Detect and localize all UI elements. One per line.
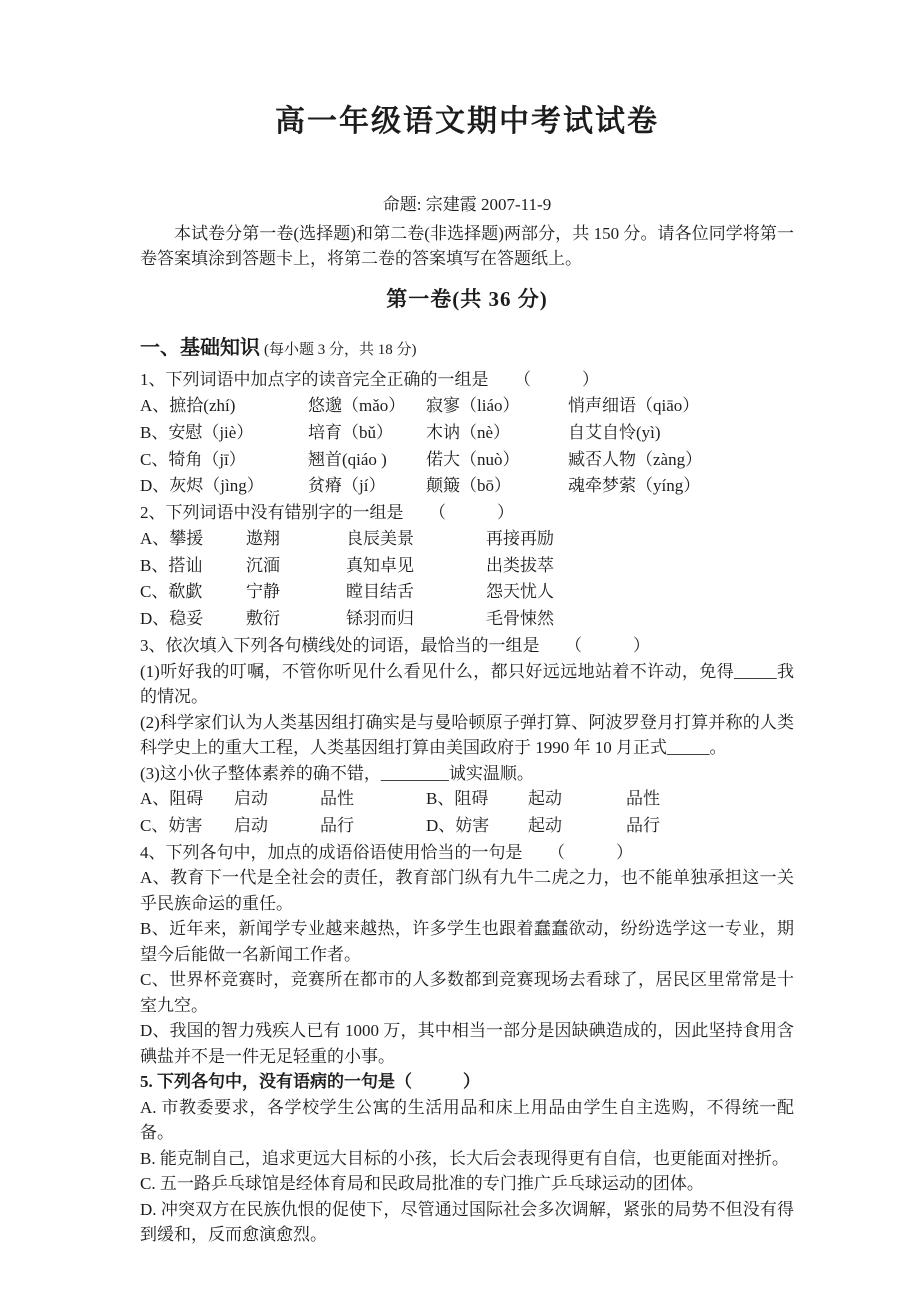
- q2-option-b-word-4: 出类拔萃: [486, 553, 794, 580]
- part1-heading: 第一卷(共 36 分): [140, 283, 794, 313]
- q3-sentence-3: (3)这小伙子整体素养的确不错，________诚实温顺。: [140, 761, 794, 787]
- q3-option-c-label: C、妨害: [140, 813, 234, 840]
- q3-option-c-word-3: 品行: [320, 813, 426, 840]
- q1-option-c-word-2: 翘首(qiáo ): [308, 447, 426, 474]
- exam-author-date-line: 命题: 宗建霞 2007-11-9: [140, 190, 794, 215]
- q3-option-b-word-3: 品性: [626, 786, 794, 813]
- q3-option-a-word-3: 品性: [320, 786, 426, 813]
- q1-option-b-word-2: 培育（bǔ）: [308, 420, 426, 447]
- q1-option-b-word-4: 自艾自怜(yì): [568, 420, 794, 447]
- exam-instructions: 本试卷分第一卷(选择题)和第二卷(非选择题)两部分，共 150 分。请各位同学将…: [140, 221, 794, 271]
- q2-option-c-word-4: 怨天忧人: [486, 579, 794, 606]
- section1-title: 一、基础知识: [140, 337, 260, 359]
- question-3-options: A、阻碍 启动 品性 B、阻碍 起动 品性 C、妨害 启动 品行 D、妨害 起动…: [140, 786, 794, 840]
- q3-option-b-label: B、阻碍: [426, 786, 528, 813]
- q1-option-d-word-2: 贫瘠（jí）: [308, 473, 426, 500]
- q3-option-a-word-2: 启动: [234, 786, 320, 813]
- q5-option-b: B. 能克制自己，追求更远大目标的小孩，长大后会表现得更有自信，也更能面对挫折。: [140, 1146, 794, 1172]
- q4-option-a: A、教育下一代是全社会的责任，教育部门纵有九牛二虎之力，也不能单独承担这一关乎民…: [140, 865, 794, 916]
- q2-option-d-word-4: 毛骨悚然: [486, 606, 794, 633]
- q3-option-d-word-2: 起动: [528, 813, 626, 840]
- q3-sentence-2: (2)科学家们认为人类基因组打确实是与曼哈顿原子弹打算、阿波罗登月打算并称的人类…: [140, 710, 794, 761]
- q3-option-b-word-2: 起动: [528, 786, 626, 813]
- q2-option-b-word-3: 真知卓见: [346, 553, 486, 580]
- question-2-stem: 2、下列词语中没有错别字的一组是 （ ）: [140, 500, 794, 526]
- q4-option-d: D、我国的智力残疾人已有 1000 万，其中相当一部分是因缺碘造成的，因此坚持食…: [140, 1018, 794, 1069]
- question-4: 4、下列各句中，加点的成语俗语使用恰当的一句是 （ ） A、教育下一代是全社会的…: [140, 840, 794, 1070]
- q3-sentence-1: (1)听好我的叮嘱，不管你听见什么看见什么，都只好远远地站着不许动，免得____…: [140, 659, 794, 710]
- q2-option-a-word-2: 遨翔: [246, 526, 346, 553]
- q1-option-b-word-1: B、安慰（jiè）: [140, 420, 308, 447]
- q1-option-a-word-2: 悠邈（mǎo）: [308, 393, 426, 420]
- q3-option-a-label: A、阻碍: [140, 786, 234, 813]
- q5-option-c: C. 五一路乒乓球馆是经体育局和民政局批准的专门推广乒乓球运动的团体。: [140, 1171, 794, 1197]
- question-3: 3、依次填入下列各句横线处的词语，最恰当的一组是 （ ） (1)听好我的叮嘱，不…: [140, 633, 794, 840]
- q1-option-b-word-3: 木讷（nè）: [426, 420, 568, 447]
- q4-option-c: C、世界杯竞赛时，竞赛所在都市的人多数都到竞赛现场去看球了，居民区里常常是十室九…: [140, 967, 794, 1018]
- q2-option-d-word-1: D、稳妥: [140, 606, 246, 633]
- question-3-stem: 3、依次填入下列各句横线处的词语，最恰当的一组是 （ ）: [140, 633, 794, 659]
- question-5: 5. 下列各句中，没有语病的一句是（ ） A. 市教委要求，各学校学生公寓的生活…: [140, 1069, 794, 1248]
- section1-heading: 一、基础知识 (每小题 3 分，共 18 分): [140, 331, 794, 360]
- q2-option-b-word-2: 沉湎: [246, 553, 346, 580]
- q3-option-d-word-3: 品行: [626, 813, 794, 840]
- q2-option-b-word-1: B、搭讪: [140, 553, 246, 580]
- q2-option-a-word-3: 良辰美景: [346, 526, 486, 553]
- q1-option-c-word-4: 臧否人物（zàng）: [568, 447, 794, 474]
- q1-option-a-word-4: 悄声细语（qiāo）: [568, 393, 794, 420]
- question-2: 2、下列词语中没有错别字的一组是 （ ） A、攀援 遨翔 良辰美景 再接再励 B…: [140, 500, 794, 633]
- exam-content: 高一年级语文期中考试试卷 命题: 宗建霞 2007-11-9 本试卷分第一卷(选…: [140, 96, 794, 1248]
- q1-option-a-word-3: 寂寥（liáo）: [426, 393, 568, 420]
- section1-note: (每小题 3 分，共 18 分): [264, 342, 417, 358]
- question-5-stem: 5. 下列各句中，没有语病的一句是（ ）: [140, 1069, 794, 1095]
- q3-option-c-word-2: 启动: [234, 813, 320, 840]
- q5-option-a: A. 市教委要求，各学校学生公寓的生活用品和床上用品由学生自主选购，不得统一配备…: [140, 1095, 794, 1146]
- exam-paper-page: 高一年级语文期中考试试卷 命题: 宗建霞 2007-11-9 本试卷分第一卷(选…: [0, 0, 919, 1299]
- exam-title: 高一年级语文期中考试试卷: [140, 96, 794, 140]
- question-4-stem: 4、下列各句中，加点的成语俗语使用恰当的一句是 （ ）: [140, 840, 794, 866]
- q1-option-d-word-4: 魂牵梦萦（yíng）: [568, 473, 794, 500]
- question-1-stem: 1、下列词语中加点字的读音完全正确的一组是 （ ）: [140, 367, 794, 393]
- q2-option-c-word-1: C、欷歔: [140, 579, 246, 606]
- q2-option-d-word-3: 铩羽而归: [346, 606, 486, 633]
- q4-option-b: B、近年来，新闻学专业越来越热，许多学生也跟着蠢蠢欲动，纷纷选学这一专业，期望今…: [140, 916, 794, 967]
- q1-option-a-word-1: A、摭拾(zhí): [140, 393, 308, 420]
- q2-option-a-word-1: A、攀援: [140, 526, 246, 553]
- question-1: 1、下列词语中加点字的读音完全正确的一组是 （ ） A、摭拾(zhí) 悠邈（m…: [140, 367, 794, 500]
- q2-option-c-word-2: 宁静: [246, 579, 346, 606]
- q1-option-d-word-3: 颠簸（bō）: [426, 473, 568, 500]
- q2-option-a-word-4: 再接再励: [486, 526, 794, 553]
- q3-option-d-label: D、妨害: [426, 813, 528, 840]
- q2-option-c-word-3: 瞠目结舌: [346, 579, 486, 606]
- question-1-options: A、摭拾(zhí) 悠邈（mǎo） 寂寥（liáo） 悄声细语（qiāo） B、…: [140, 393, 794, 500]
- q1-option-d-word-1: D、灰烬（jìng）: [140, 473, 308, 500]
- question-2-options: A、攀援 遨翔 良辰美景 再接再励 B、搭讪 沉湎 真知卓见 出类拔萃 C、欷歔…: [140, 526, 794, 633]
- q2-option-d-word-2: 敷衍: [246, 606, 346, 633]
- q1-option-c-word-3: 偌大（nuò）: [426, 447, 568, 474]
- q5-option-d: D. 冲突双方在民族仇恨的促使下，尽管通过国际社会多次调解，紧张的局势不但没有得…: [140, 1197, 794, 1248]
- q1-option-c-word-1: C、犄角（jī）: [140, 447, 308, 474]
